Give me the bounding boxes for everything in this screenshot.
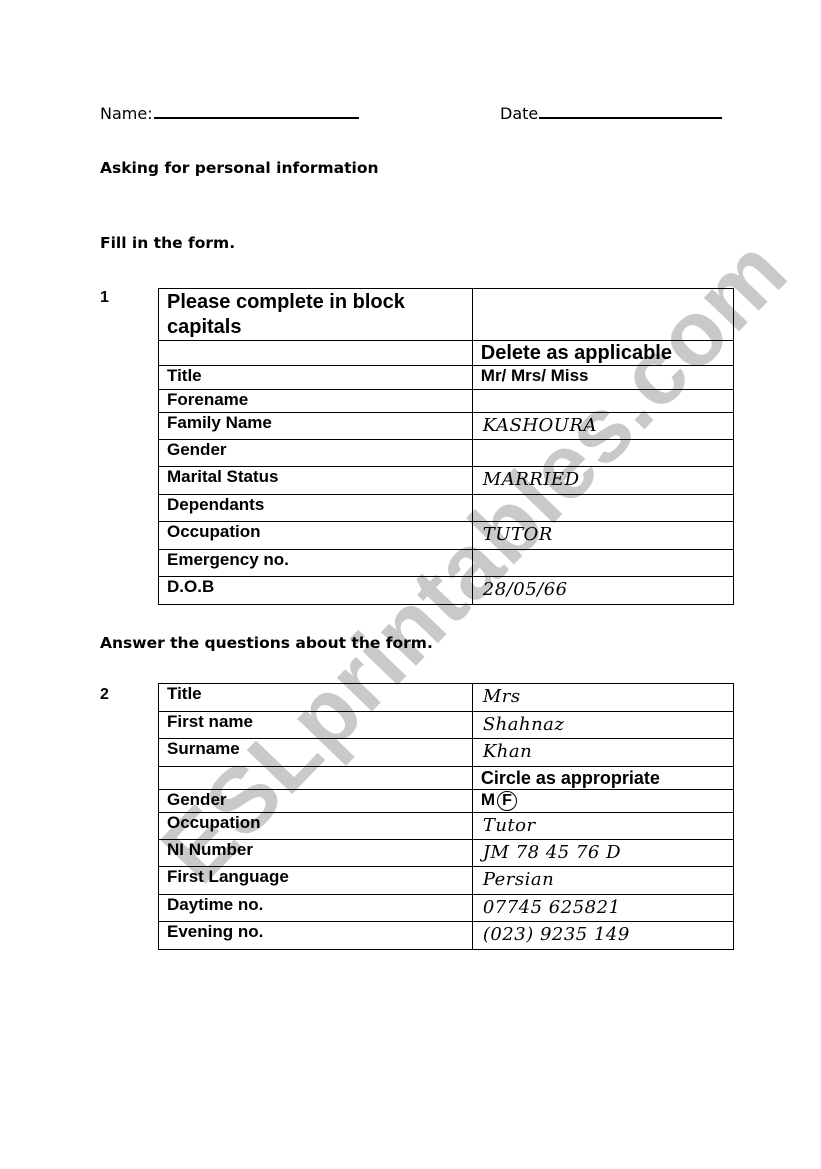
title-options[interactable]: Mr/ Mrs/ Miss <box>472 366 733 390</box>
table-row: Circle as appropriate <box>159 767 734 790</box>
date-field[interactable]: Date <box>500 104 722 123</box>
marital-status-value[interactable]: MARRIED <box>472 467 733 495</box>
name-blank-line[interactable] <box>154 105 359 119</box>
gender-options: MF <box>472 790 733 813</box>
gender-option-f-circled[interactable]: F <box>497 791 517 811</box>
surname-value: Khan <box>472 739 733 767</box>
dependants-value[interactable] <box>472 495 733 522</box>
first-name-value: Shahnaz <box>472 712 733 739</box>
name-label: Name: <box>100 104 153 123</box>
table-row: Family Name KASHOURA <box>159 413 734 440</box>
table-row: Delete as applicable <box>159 341 734 366</box>
title-value: Mrs <box>472 684 733 712</box>
circle-as-appropriate-note: Circle as appropriate <box>472 767 733 790</box>
row-label-surname: Surname <box>159 739 473 767</box>
row-label-first-language: First Language <box>159 867 473 895</box>
table-row: NI Number JM 78 45 76 D <box>159 840 734 867</box>
gender-value[interactable] <box>472 440 733 467</box>
table-row: Gender <box>159 440 734 467</box>
row-label-dependants: Dependants <box>159 495 473 522</box>
row-label-ni-number: NI Number <box>159 840 473 867</box>
table-row: Title Mr/ Mrs/ Miss <box>159 366 734 390</box>
occupation-value: Tutor <box>472 813 733 840</box>
row-label-evening-no: Evening no. <box>159 922 473 950</box>
question-number-2: 2 <box>100 686 109 704</box>
table-row: Daytime no. 07745 625821 <box>159 895 734 922</box>
row-label-occupation: Occupation <box>159 522 473 550</box>
delete-as-applicable-note: Delete as applicable <box>472 341 733 366</box>
date-label: Date <box>500 104 538 123</box>
row-label-gender: Gender <box>159 790 473 813</box>
first-language-value: Persian <box>472 867 733 895</box>
daytime-no-value: 07745 625821 <box>472 895 733 922</box>
row-label-marital-status: Marital Status <box>159 467 473 495</box>
row-label-title: Title <box>159 366 473 390</box>
row-label <box>159 767 473 790</box>
forename-value[interactable] <box>472 390 733 413</box>
table-row: Title Mrs <box>159 684 734 712</box>
gender-option-m[interactable]: M <box>481 790 495 809</box>
table-row: Surname Khan <box>159 739 734 767</box>
dob-value[interactable]: 28/05/66 <box>472 577 733 605</box>
row-label-occupation: Occupation <box>159 813 473 840</box>
row-label <box>159 341 473 366</box>
form-table-2: Title Mrs First name Shahnaz Surname Kha… <box>158 683 734 950</box>
table-row: First Language Persian <box>159 867 734 895</box>
evening-no-value: (023) 9235 149 <box>472 922 733 950</box>
table-row: D.O.B 28/05/66 <box>159 577 734 605</box>
row-label-dob: D.O.B <box>159 577 473 605</box>
table-row: Forename <box>159 390 734 413</box>
worksheet-title: Asking for personal information <box>100 159 379 177</box>
form-header-label: Please complete in block capitals <box>159 289 473 341</box>
table-row: Marital Status MARRIED <box>159 467 734 495</box>
instruction-fill-form: Fill in the form. <box>100 234 235 252</box>
table-row: Occupation TUTOR <box>159 522 734 550</box>
table-row: Gender MF <box>159 790 734 813</box>
table-row: Dependants <box>159 495 734 522</box>
table-row: Evening no. (023) 9235 149 <box>159 922 734 950</box>
occupation-value[interactable]: TUTOR <box>472 522 733 550</box>
table-row: Please complete in block capitals <box>159 289 734 341</box>
row-label-daytime-no: Daytime no. <box>159 895 473 922</box>
question-number-1: 1 <box>100 289 109 307</box>
date-blank-line[interactable] <box>539 105 722 119</box>
row-label-title: Title <box>159 684 473 712</box>
table-row: Occupation Tutor <box>159 813 734 840</box>
row-label-forename: Forename <box>159 390 473 413</box>
form-table-1: Please complete in block capitals Delete… <box>158 288 734 605</box>
form-header-value <box>472 289 733 341</box>
table-row: Emergency no. <box>159 550 734 577</box>
instruction-answer-questions: Answer the questions about the form. <box>100 634 433 652</box>
emergency-no-value[interactable] <box>472 550 733 577</box>
row-label-gender: Gender <box>159 440 473 467</box>
name-field[interactable]: Name: <box>100 104 359 123</box>
ni-number-value: JM 78 45 76 D <box>472 840 733 867</box>
row-label-first-name: First name <box>159 712 473 739</box>
row-label-emergency-no: Emergency no. <box>159 550 473 577</box>
family-name-value[interactable]: KASHOURA <box>472 413 733 440</box>
row-label-family-name: Family Name <box>159 413 473 440</box>
table-row: First name Shahnaz <box>159 712 734 739</box>
